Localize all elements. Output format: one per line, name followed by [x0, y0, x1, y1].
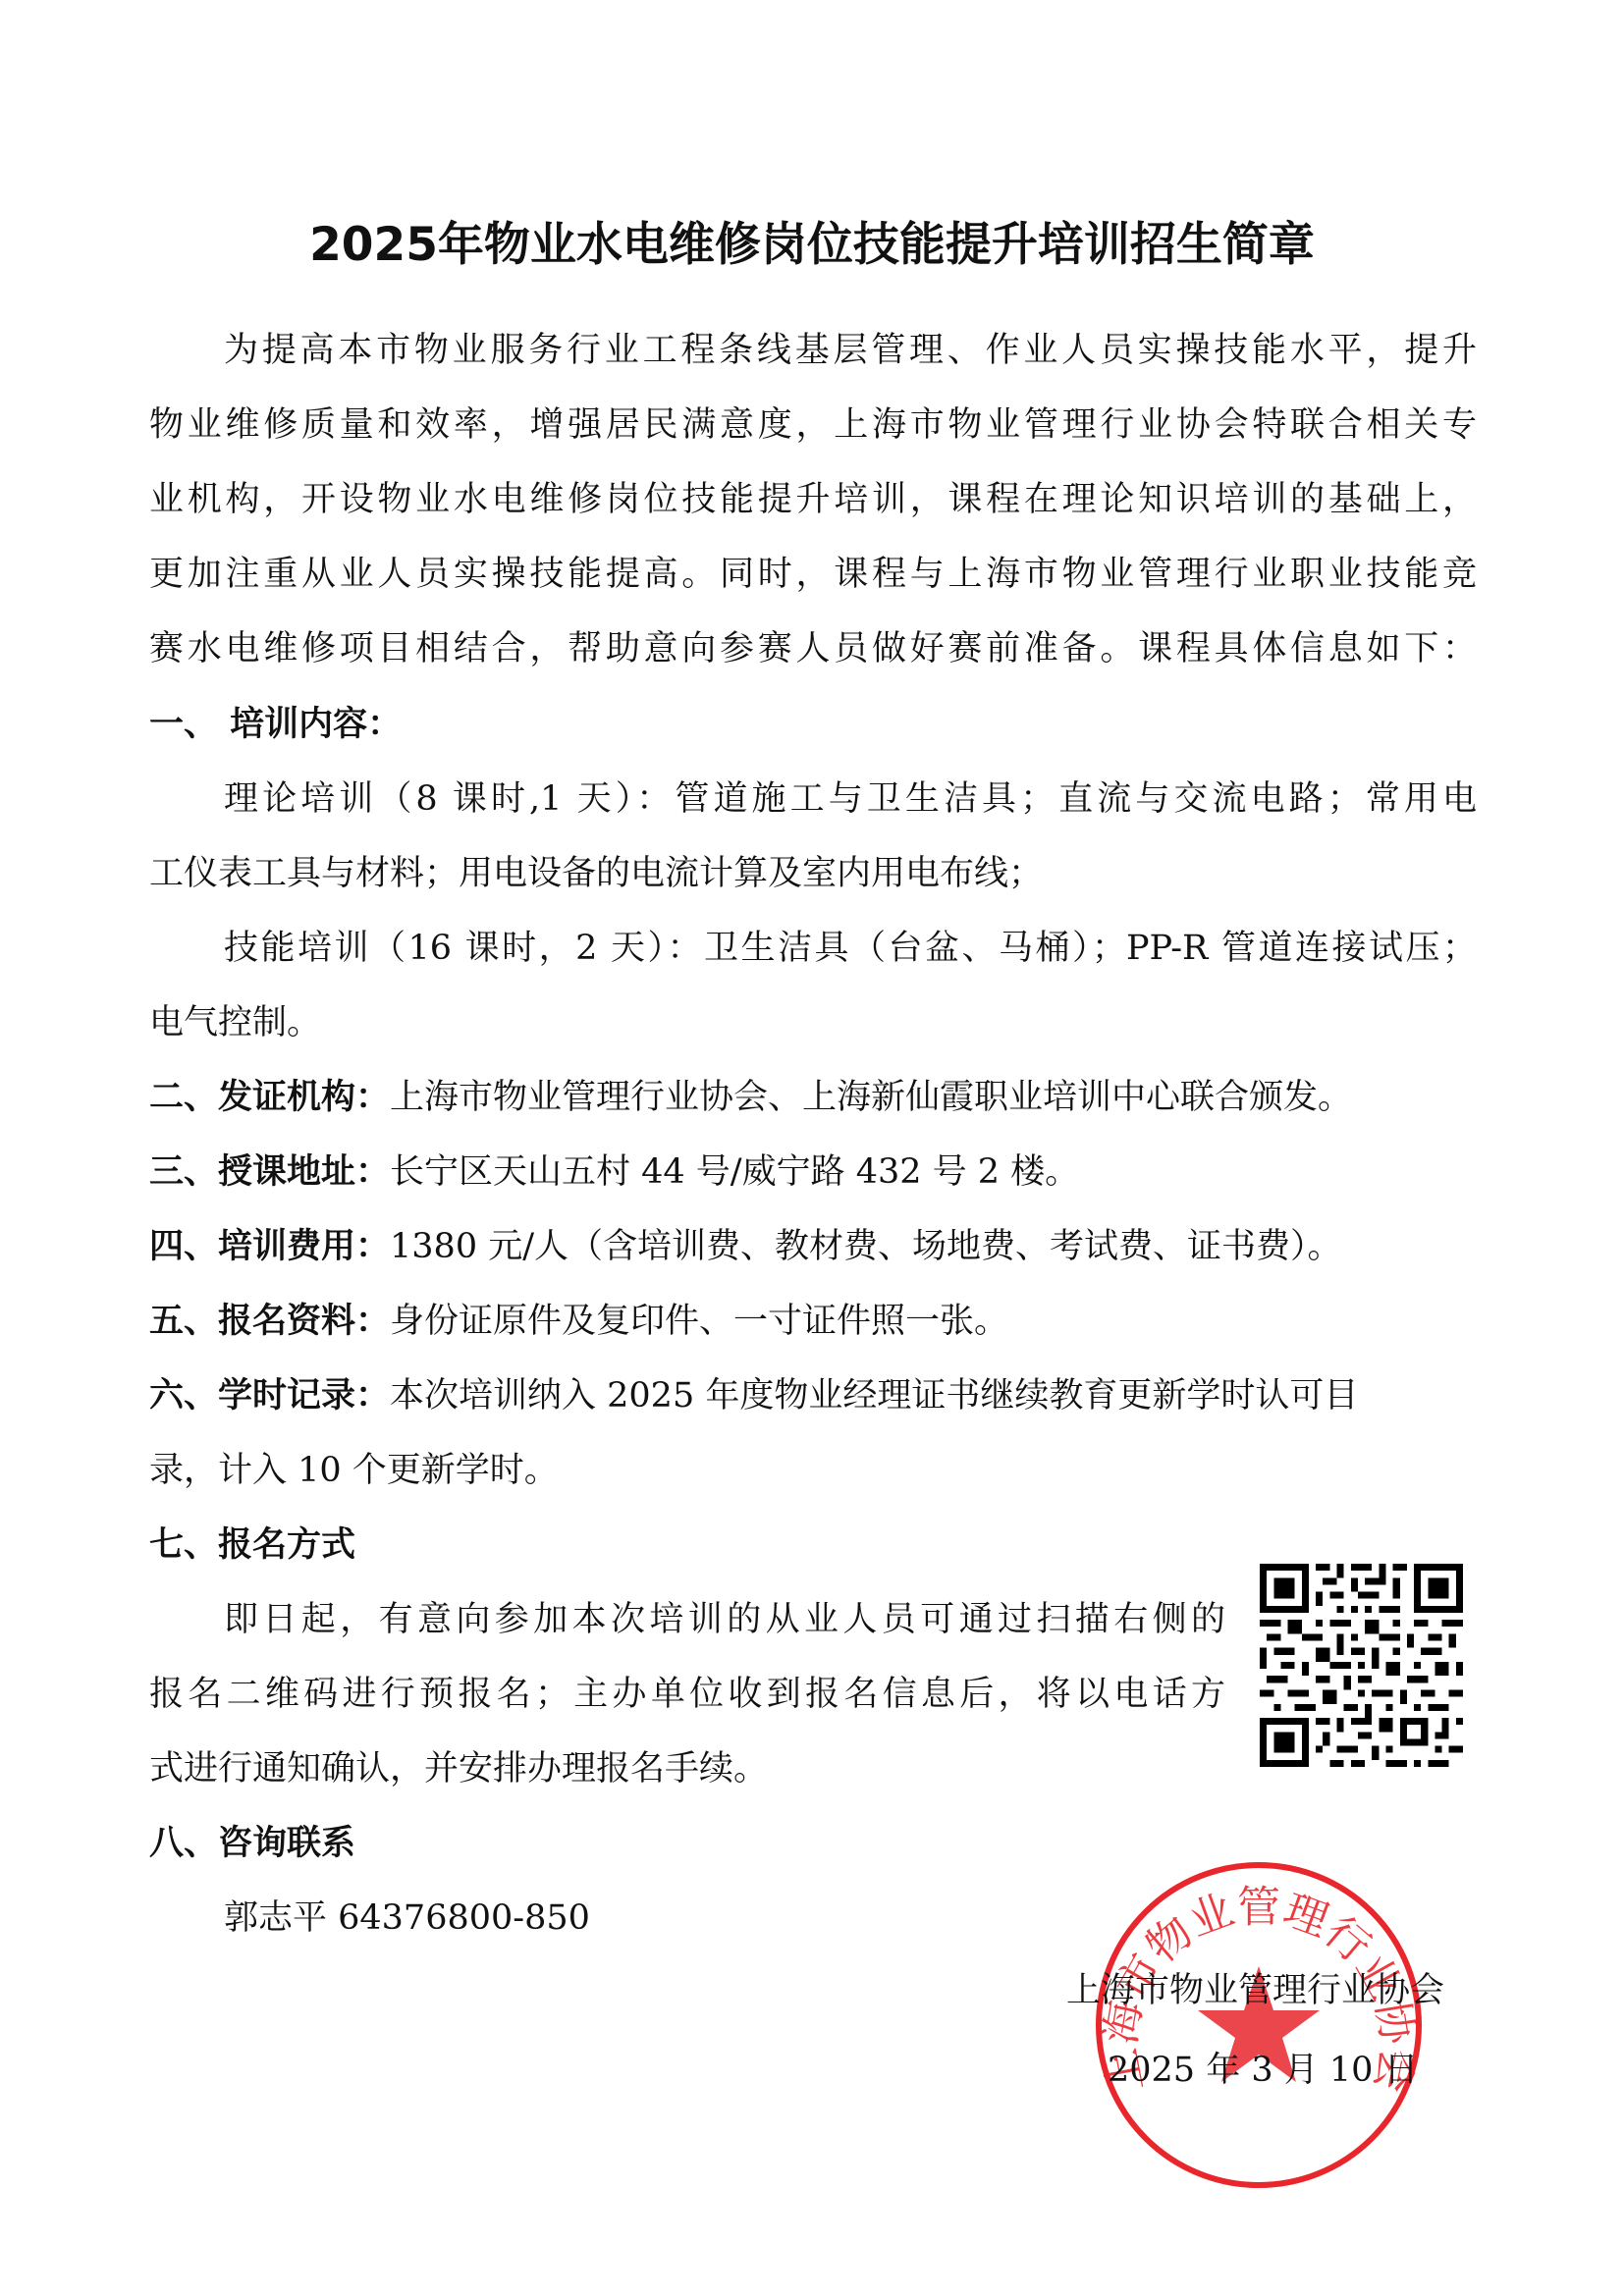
section-label: 六、学时记录：	[149, 1376, 390, 1415]
section-credit-hours-line-2: 录，计入 10 个更新学时。	[149, 1451, 559, 1490]
section-fee: 四、培训费用：1380 元/人（含培训费、教材费、场地费、考试费、证书费）。	[149, 1227, 1342, 1266]
intro-line-1: 为提高本市物业服务行业工程条线基层管理、作业人员实操技能水平，提升	[224, 331, 1477, 370]
section-text: 身份证原件及复印件、一寸证件照一张。	[390, 1302, 1008, 1341]
official-seal-icon: 上海市物业管理行业协会	[1092, 1858, 1426, 2192]
theory-training-line-1: 理论培训（8 课时,1 天）：管道施工与卫生洁具；直流与交流电路；常用电	[224, 779, 1477, 819]
section-certificate-issuer: 二、发证机构：上海市物业管理行业协会、上海新仙霞职业培训中心联合颁发。	[149, 1078, 1352, 1117]
section-label: 三、授课地址：	[149, 1152, 390, 1192]
intro-line-5: 赛水电维修项目相结合，帮助意向参赛人员做好赛前准备。课程具体信息如下：	[149, 629, 1477, 668]
section-label: 四、培训费用：	[149, 1227, 390, 1266]
signature-date: 2025 年 3 月 10 日	[1108, 2043, 1419, 2092]
section-heading-training-content: 一、 培训内容：	[149, 705, 402, 744]
skill-training-line-2: 电气控制。	[149, 1003, 321, 1042]
section-text: 1380 元/人（含培训费、教材费、场地费、考试费、证书费）。	[390, 1227, 1342, 1266]
section-text: 上海市物业管理行业协会、上海新仙霞职业培训中心联合颁发。	[390, 1078, 1352, 1117]
intro-line-3: 业机构，开设物业水电维修岗位技能提升培训，课程在理论知识培训的基础上，	[149, 480, 1477, 519]
section-label: 二、发证机构：	[149, 1078, 390, 1117]
section-label: 五、报名资料：	[149, 1302, 390, 1341]
section-credit-hours: 六、学时记录：本次培训纳入 2025 年度物业经理证书继续教育更新学时认可目	[149, 1376, 1358, 1415]
section-heading-registration: 七、报名方式	[149, 1525, 355, 1565]
signature-organization: 上海市物业管理行业协会	[1066, 1963, 1444, 2012]
contact-person-phone: 郭志平 64376800-850	[224, 1898, 590, 1938]
page-title: 2025年物业水电维修岗位技能提升培训招生简章	[0, 208, 1624, 274]
intro-line-2: 物业维修质量和效率，增强居民满意度，上海市物业管理行业协会特联合相关专	[149, 405, 1477, 445]
registration-line-1: 即日起，有意向参加本次培训的从业人员可通过扫描右侧的	[224, 1600, 1225, 1639]
registration-line-3: 式进行通知确认，并安排办理报名手续。	[149, 1749, 768, 1789]
section-text: 长宁区天山五村 44 号/威宁路 432 号 2 楼。	[390, 1152, 1079, 1192]
skill-training-line-1: 技能培训（16 课时，2 天）：卫生洁具（台盆、马桶）；PP-R 管道连接试压；	[224, 929, 1477, 968]
registration-line-2: 报名二维码进行预报名；主办单位收到报名信息后，将以电话方	[149, 1675, 1225, 1714]
registration-qr-code-icon[interactable]	[1260, 1564, 1463, 1767]
section-heading-contact: 八、咨询联系	[149, 1824, 355, 1863]
section-materials: 五、报名资料：身份证原件及复印件、一寸证件照一张。	[149, 1302, 1008, 1341]
section-address: 三、授课地址：长宁区天山五村 44 号/威宁路 432 号 2 楼。	[149, 1152, 1079, 1192]
intro-line-4: 更加注重从业人员实操技能提高。同时，课程与上海市物业管理行业职业技能竞	[149, 555, 1477, 594]
section-text: 本次培训纳入 2025 年度物业经理证书继续教育更新学时认可目	[390, 1376, 1358, 1415]
theory-training-line-2: 工仪表工具与材料；用电设备的电流计算及室内用电布线；	[149, 854, 1043, 893]
